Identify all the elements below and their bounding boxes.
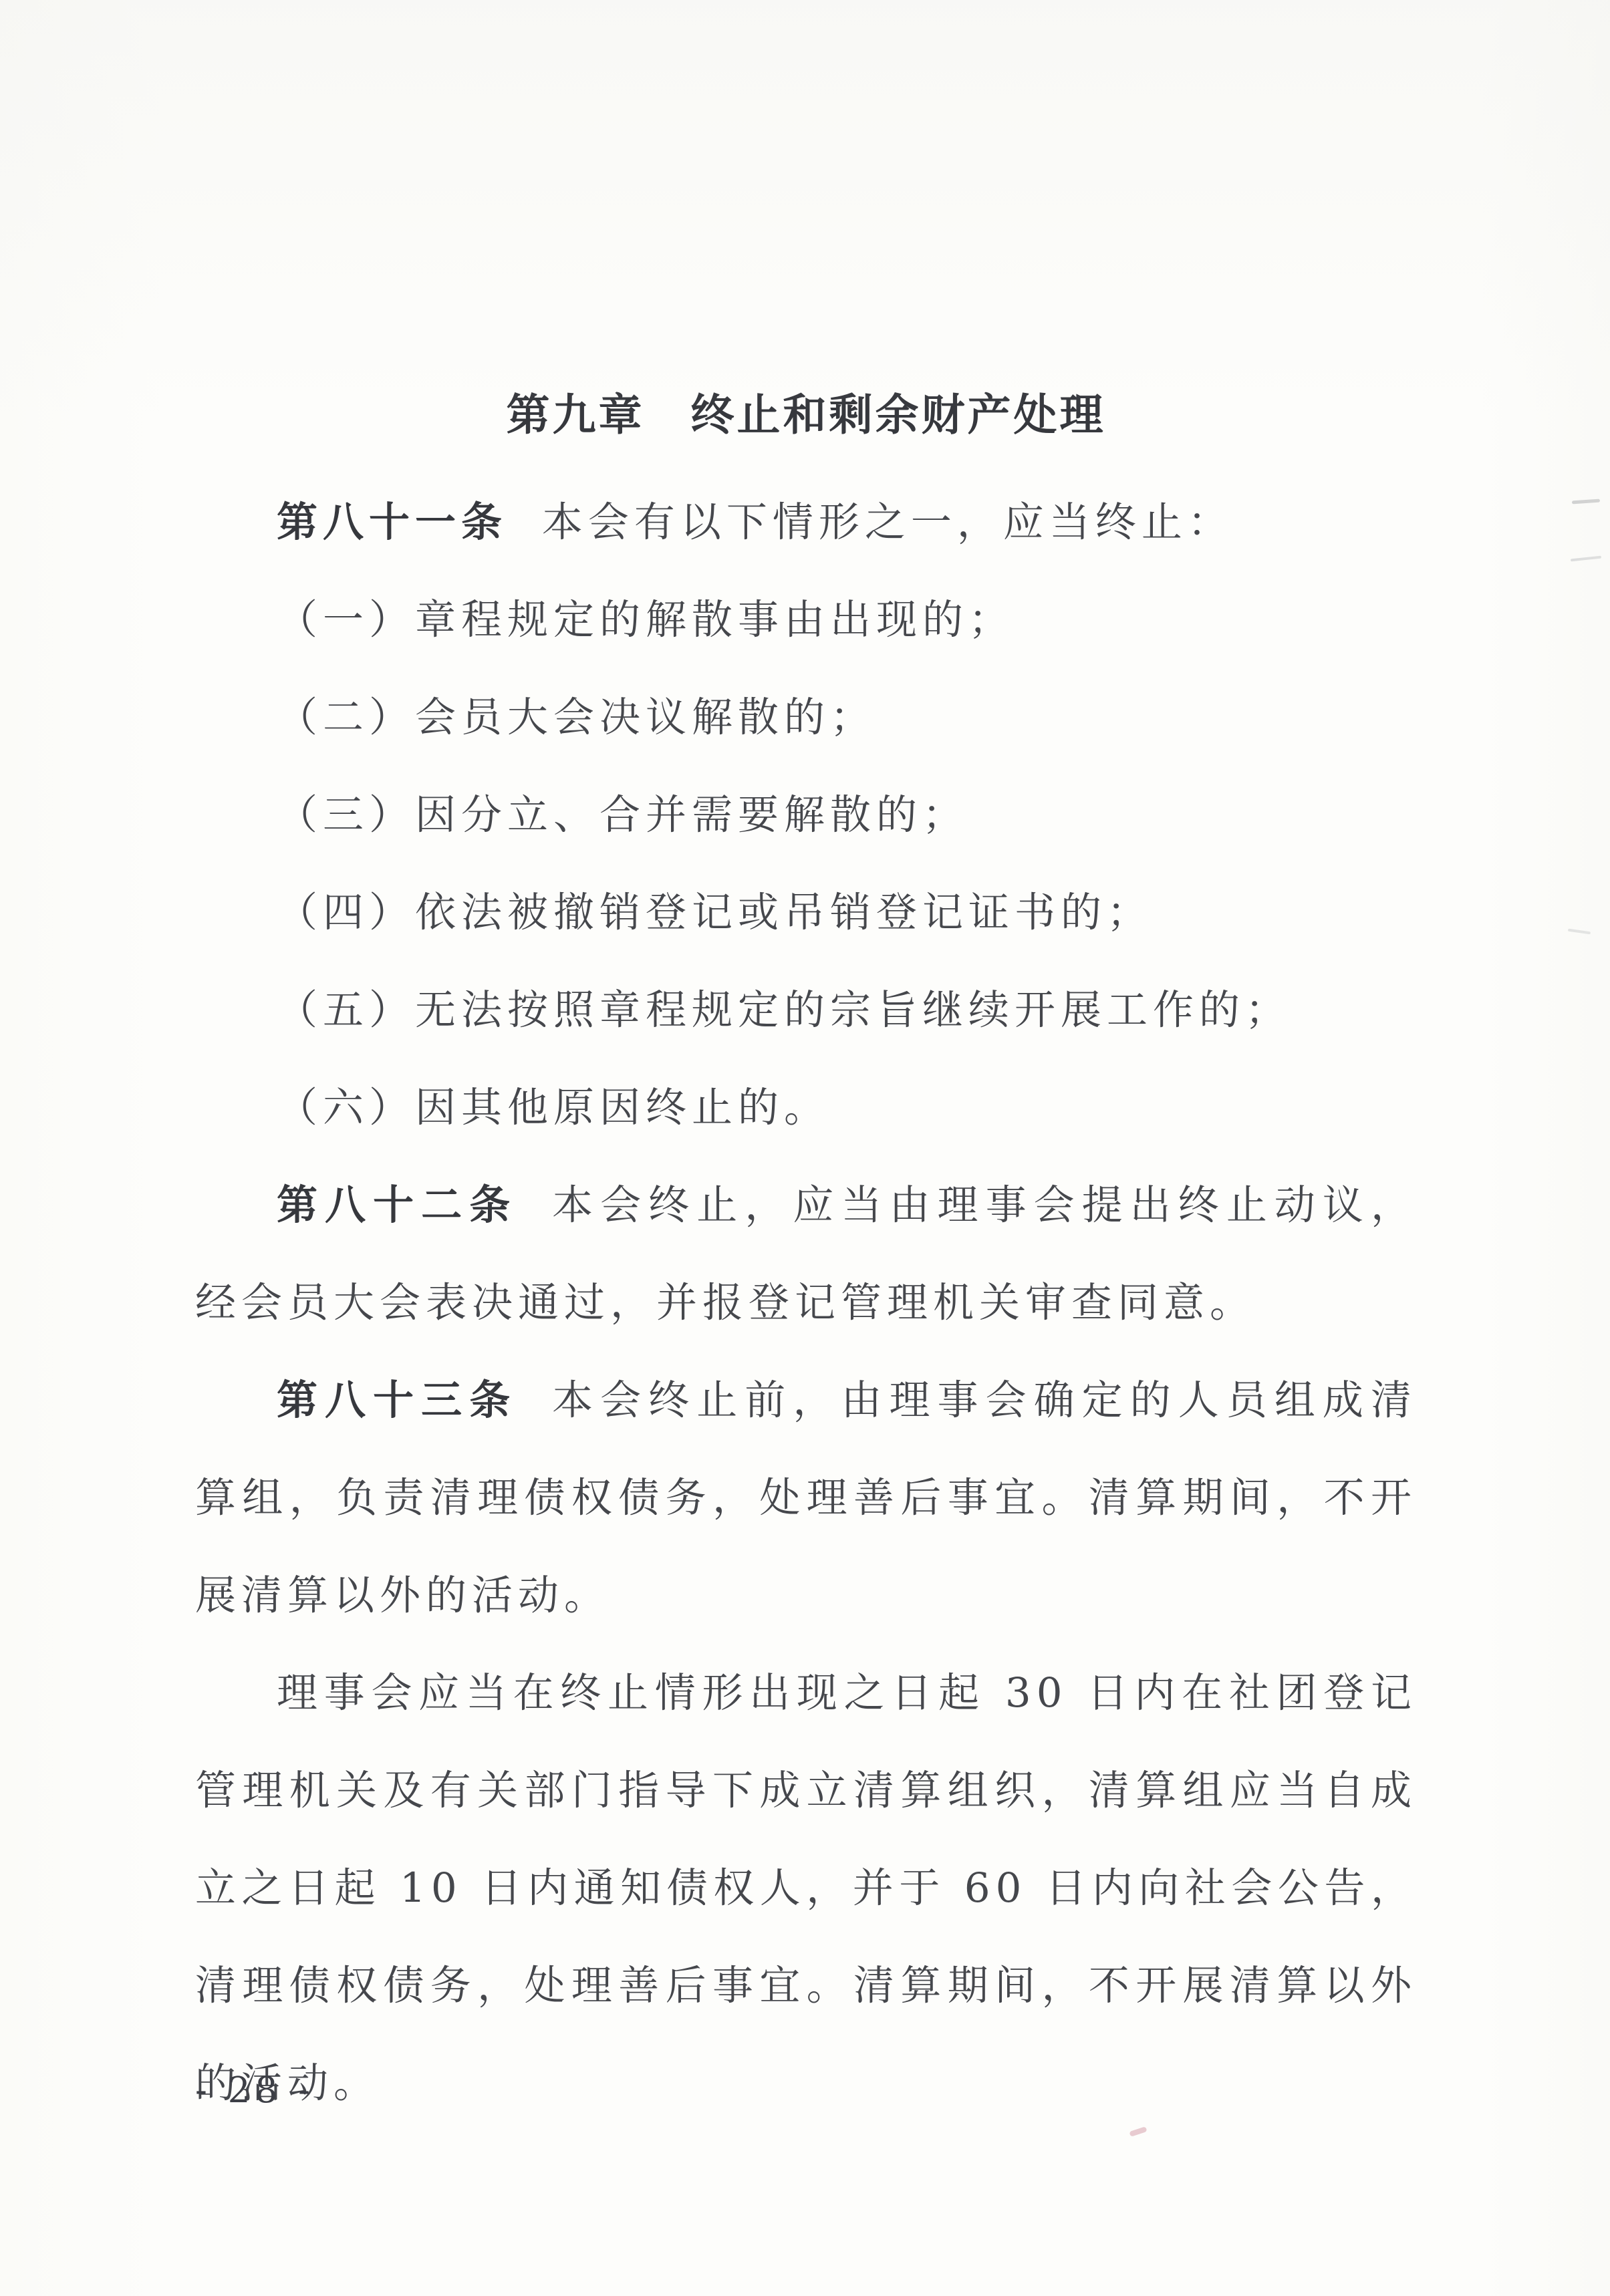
scan-artifact: [1571, 556, 1601, 562]
liquidation-paragraph-text: 理事会应当在终止情形出现之日起 30 日内在社团登记管理机关及有关部门指导下成立…: [195, 1669, 1417, 2107]
termination-item-6: （六）因其他原因终止的。: [195, 1059, 1417, 1157]
document-body: 第九章 终止和剩余财产处理 第八十一条本会有以下情形之一，应当终止： （一）章程…: [195, 0, 1417, 2132]
termination-item-4: （四）依法被撤销登记或吊销登记证书的；: [195, 864, 1417, 962]
page-number: - 28 -: [195, 2070, 315, 2111]
chapter-heading: 第九章 终止和剩余财产处理: [195, 384, 1417, 446]
scan-artifact: [1568, 929, 1591, 935]
article-83-paragraph: 第八十三条本会终止前，由理事会确定的人员组成清算组，负责清理债权债务，处理善后事…: [195, 1352, 1417, 1644]
termination-item-6-text: （六）因其他原因终止的。: [277, 1084, 830, 1131]
article-82-paragraph: 第八十二条本会终止，应当由理事会提出终止动议，经会员大会表决通过，并报登记管理机…: [195, 1157, 1417, 1352]
article-83-number: 第八十三条: [277, 1377, 517, 1424]
article-81-number: 第八十一条: [277, 498, 507, 546]
termination-item-3-text: （三）因分立、合并需要解散的；: [277, 791, 968, 839]
termination-item-5-text: （五）无法按照章程规定的宗旨继续开展工作的；: [277, 986, 1291, 1034]
scan-artifact: [1572, 499, 1600, 505]
termination-item-1: （一）章程规定的解散事由出现的；: [195, 571, 1417, 669]
termination-item-2-text: （二）会员大会决议解散的；: [277, 694, 876, 741]
termination-item-1-text: （一）章程规定的解散事由出现的；: [277, 596, 1015, 643]
article-81-text: 本会有以下情形之一，应当终止：: [542, 498, 1234, 546]
article-81-paragraph: 第八十一条本会有以下情形之一，应当终止：: [195, 474, 1417, 571]
termination-item-2: （二）会员大会决议解散的；: [195, 669, 1417, 766]
termination-item-3: （三）因分立、合并需要解散的；: [195, 766, 1417, 864]
termination-item-5: （五）无法按照章程规定的宗旨继续开展工作的；: [195, 962, 1417, 1059]
liquidation-paragraph: 理事会应当在终止情形出现之日起 30 日内在社团登记管理机关及有关部门指导下成立…: [195, 1644, 1417, 2132]
scanned-document-page: 第九章 终止和剩余财产处理 第八十一条本会有以下情形之一，应当终止： （一）章程…: [0, 0, 1610, 2296]
termination-item-4-text: （四）依法被撤销登记或吊销登记证书的；: [277, 889, 1153, 936]
article-82-number: 第八十二条: [277, 1181, 517, 1229]
